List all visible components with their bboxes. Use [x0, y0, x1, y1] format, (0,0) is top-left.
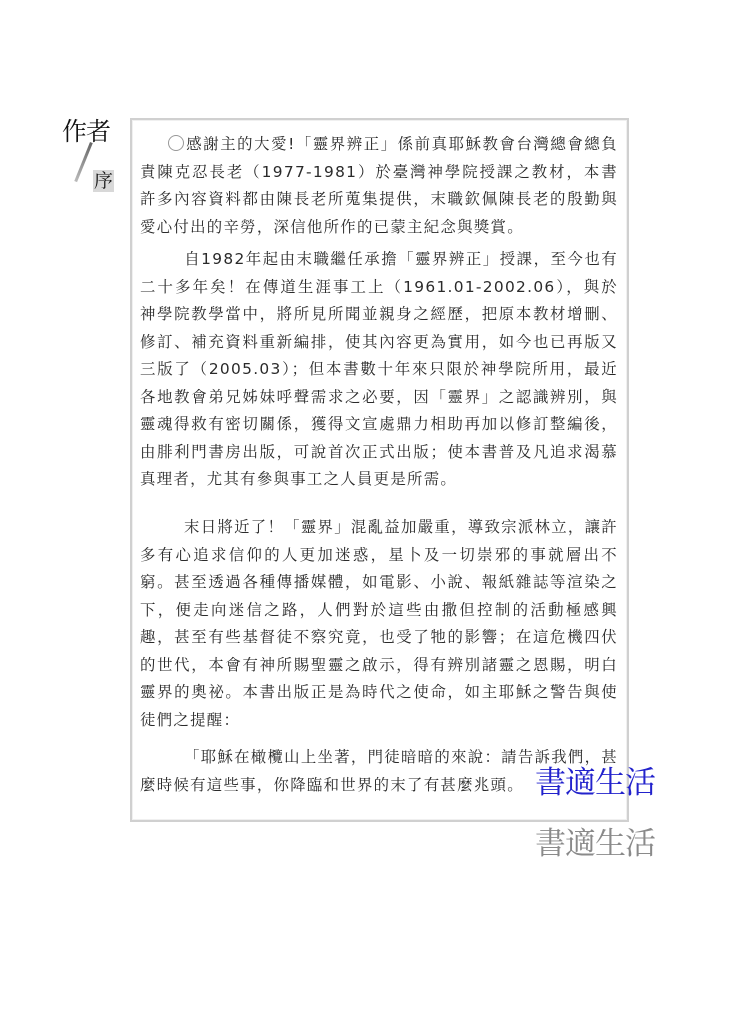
- paragraph-3: 末日將近了！「靈界」混亂益加嚴重，導致宗派林立，讓許多有心追求信仰的人更加迷惑，…: [140, 514, 618, 734]
- slash-divider-icon: [74, 142, 93, 182]
- watermark-blue: 書適生活: [535, 757, 655, 802]
- paragraph-3-text: 末日將近了！「靈界」混亂益加嚴重，導致宗派林立，讓許多有心追求信仰的人更加迷惑，…: [140, 518, 618, 729]
- paragraph-1-text: 感謝主的大愛!「靈界辨正」係前真耶穌教會台灣總會總負責陳克忍長老（1977-19…: [140, 135, 618, 236]
- paragraph-2-text: 自1982年起由末職繼任承擔「靈界辨正」授課，至今也有二十多年矣！在傳道生涯事工…: [140, 250, 618, 488]
- section-heading: 作者 序: [60, 112, 130, 202]
- paragraph-1: 感謝主的大愛!「靈界辨正」係前真耶穌教會台灣總會總負責陳克忍長老（1977-19…: [140, 131, 618, 241]
- circle-mark-icon: [168, 135, 184, 151]
- heading-author: 作者: [62, 112, 110, 148]
- preface-text-box: 感謝主的大愛!「靈界辨正」係前真耶穌教會台灣總會總負責陳克忍長老（1977-19…: [130, 118, 629, 822]
- paragraph-2: 自1982年起由末職繼任承擔「靈界辨正」授課，至今也有二十多年矣！在傳道生涯事工…: [140, 246, 618, 494]
- watermark-gray: 書適生活: [535, 818, 655, 863]
- heading-preface: 序: [93, 170, 114, 192]
